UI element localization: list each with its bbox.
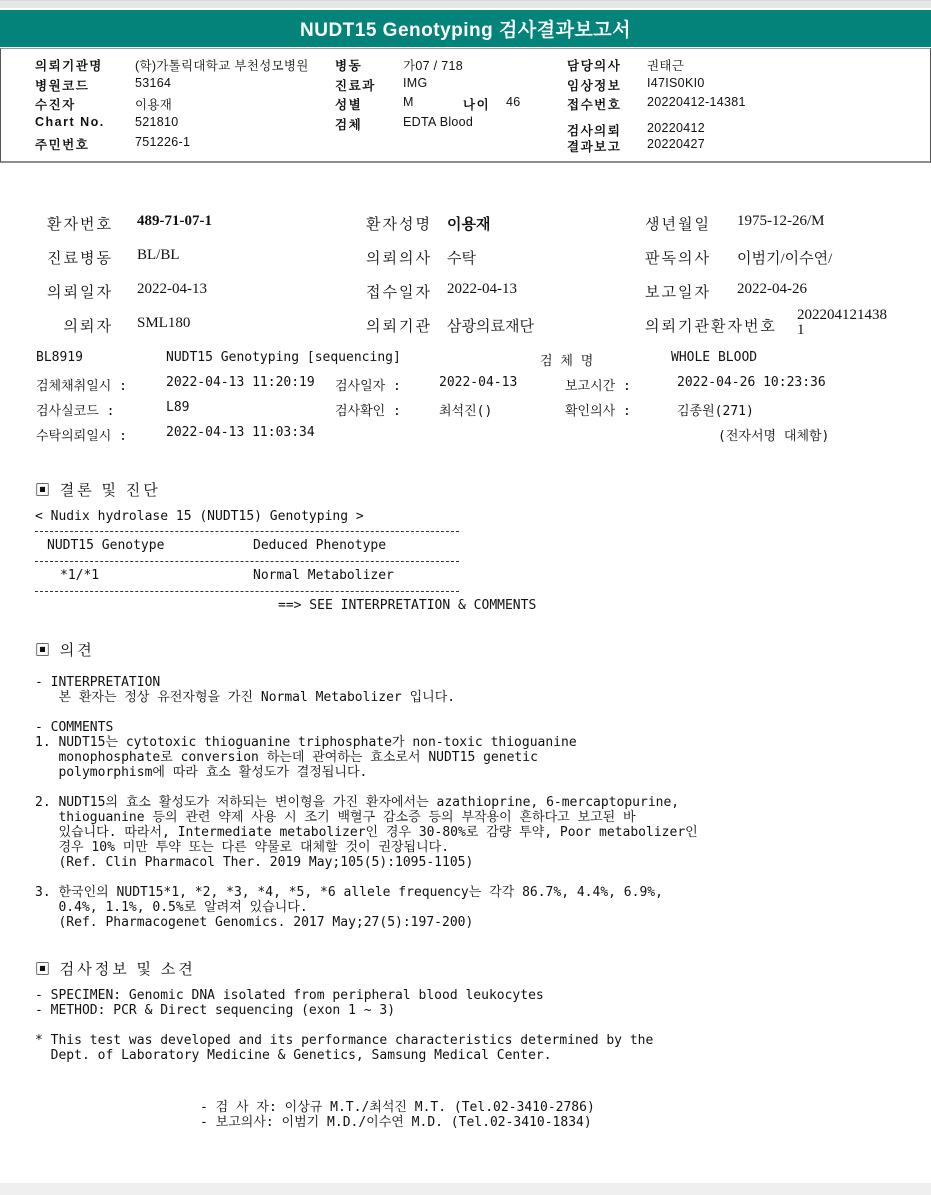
label-department: 진료과 (335, 76, 376, 94)
test-detail-section: BL8919 NUDT15 Genotyping [sequencing] 검 … (0, 346, 931, 446)
genotype-column-header: NUDT15 Genotype (47, 538, 164, 553)
label-result-report-date: 결과보고 (567, 137, 621, 155)
label-receipt-date: 접수일자 (366, 281, 432, 302)
lab-report-page: NUDT15 Genotyping 검사결과보고서 의뢰기관명 (학)가톨릭대학… (0, 0, 931, 1195)
value-care-ward: BL/BL (137, 247, 180, 264)
label-attending-doctor: 담당의사 (567, 56, 621, 74)
label-specimen-type: 검체 (335, 115, 362, 133)
label-report-time: 보고시간 : (565, 375, 631, 394)
label-chart-no: Chart No. (35, 115, 105, 129)
header-info-box: 의뢰기관명 (학)가톨릭대학교 부천성모병원 병원코드 53164 수진자 이용… (0, 48, 931, 163)
label-birth-date: 생년월일 (645, 213, 711, 234)
value-receipt-date: 2022-04-13 (447, 281, 517, 298)
value-specimen-name: WHOLE BLOOD (671, 350, 757, 365)
label-hospital-code: 병원코드 (35, 76, 89, 94)
electronic-signature-note: (전자서명 대체함) (718, 425, 829, 444)
label-test-confirm: 검사확인 : (335, 400, 401, 419)
value-confirming-doctor: 김종원(271) (677, 400, 754, 419)
label-requesting-org: 의뢰기관명 (35, 56, 103, 74)
value-specimen-type: EDTA Blood (403, 115, 473, 129)
value-clinical-info: I47IS0KI0 (647, 76, 705, 90)
test-info-heading-text: 검사정보 및 소견 (60, 962, 196, 978)
value-patient-name: 이용재 (447, 213, 490, 234)
test-detail-row-3: 검사실코드 : L89 검사확인 : 최석진() 확인의사 : 김종원(271) (0, 400, 931, 418)
genotype-value: *1/*1 (60, 568, 99, 583)
section-bullet-icon: ▣ (35, 643, 53, 659)
comment-1: 1. NUDT15는 cytotoxic thioguanine triphos… (35, 735, 577, 780)
value-department: IMG (403, 76, 428, 90)
value-age: 46 (506, 95, 521, 109)
label-report-date: 보고일자 (645, 281, 711, 302)
top-gray-strip (0, 0, 931, 8)
label-request-date: 의뢰일자 (35, 281, 113, 302)
value-requesting-org: (학)가톨릭대학교 부천성모병원 (135, 56, 309, 74)
value-ward: 가07 / 718 (403, 56, 463, 74)
patient-row-1: 환자번호 489-71-07-1 환자성명 이용재 생년월일 1975-12-2… (0, 213, 931, 235)
patient-row-2: 진료병동 BL/BL 의뢰의사 수탁 판독의사 이범기/이수연/ (0, 247, 931, 269)
label-patient-no: 환자번호 (35, 213, 113, 234)
label-collection-datetime: 검체채취일시 : (36, 375, 127, 394)
value-resident-no: 751226-1 (135, 135, 190, 149)
divider-dashed (35, 561, 459, 562)
see-comments-note: ==> SEE INTERPRETATION & COMMENTS (278, 598, 536, 613)
value-request-date: 2022-04-13 (137, 281, 207, 298)
test-name: NUDT15 Genotyping [sequencing] (166, 350, 401, 365)
phenotype-value: Normal Metabolizer (253, 568, 394, 583)
report-title-bar: NUDT15 Genotyping 검사결과보고서 (0, 10, 931, 47)
label-specimen-name: 검 체 명 (540, 350, 593, 369)
label-requester: 의뢰자 (35, 315, 113, 336)
label-lab-code: 검사실코드 : (36, 400, 114, 419)
test-info-heading: ▣ 검사정보 및 소견 (35, 958, 196, 979)
conclusion-section: ▣ 결론 및 진단 < Nudix hydrolase 15 (NUDT15) … (0, 475, 931, 640)
value-hospital-code: 53164 (135, 76, 171, 90)
value-test-request-date: 20220412 (647, 121, 705, 135)
value-chart-no: 521810 (135, 115, 179, 129)
value-receipt-no: 20220412-14381 (647, 95, 746, 109)
test-detail-row-4: 수탁의뢰일시 : 2022-04-13 11:03:34 (전자서명 대체함) (0, 425, 931, 443)
interpretation-text: 본 환자는 정상 유전자형을 가진 Normal Metabolizer 입니다… (35, 690, 455, 705)
label-examinee: 수진자 (35, 95, 76, 113)
label-confirming-doctor: 확인의사 : (565, 400, 631, 419)
value-examinee: 이용재 (135, 95, 172, 113)
test-detail-row-2: 검체채취일시 : 2022-04-13 11:20:19 검사일자 : 2022… (0, 375, 931, 393)
divider-dashed (35, 531, 459, 532)
label-resident-no: 주민번호 (35, 135, 89, 153)
opinion-heading: ▣ 의견 (35, 639, 95, 660)
value-lab-code: L89 (166, 400, 189, 415)
divider-dashed (35, 591, 459, 592)
opinion-heading-text: 의견 (60, 643, 95, 659)
label-receipt-no: 접수번호 (567, 95, 621, 113)
value-test-date: 2022-04-13 (439, 375, 517, 390)
report-title: NUDT15 Genotyping 검사결과보고서 (300, 15, 631, 42)
label-institution-patient-no: 의뢰기관환자번호 (645, 315, 777, 336)
value-attending-doctor: 권태근 (647, 56, 684, 74)
value-collection-datetime: 2022-04-13 11:20:19 (166, 375, 315, 390)
value-report-time: 2022-04-26 10:23:36 (677, 375, 826, 390)
label-referral-request-datetime: 수탁의뢰일시 : (36, 425, 127, 444)
specimen-method-lines: - SPECIMEN: Genomic DNA isolated from pe… (35, 988, 544, 1018)
test-development-note: * This test was developed and its perfor… (35, 1033, 653, 1063)
value-patient-no: 489-71-07-1 (137, 213, 212, 230)
value-requesting-institution: 삼광의료재단 (447, 315, 534, 336)
phenotype-column-header: Deduced Phenotype (253, 538, 386, 553)
comment-3: 3. 한국인의 NUDT15*1, *2, *3, *4, *5, *6 all… (35, 885, 663, 930)
section-bullet-icon: ▣ (35, 483, 53, 499)
interpretation-heading: - INTERPRETATION (35, 675, 160, 690)
label-care-ward: 진료병동 (35, 247, 113, 268)
test-code: BL8919 (36, 350, 83, 365)
value-requesting-doctor: 수탁 (447, 247, 476, 268)
comments-heading: - COMMENTS (35, 720, 113, 735)
label-requesting-doctor: 의뢰의사 (366, 247, 432, 268)
label-test-date: 검사일자 : (335, 375, 401, 394)
patient-row-3: 의뢰일자 2022-04-13 접수일자 2022-04-13 보고일자 202… (0, 281, 931, 303)
reporter-contact-line: - 보고의사: 이범기 M.D./이수연 M.D. (Tel.02-3410-1… (200, 1111, 592, 1130)
section-bullet-icon: ▣ (35, 962, 53, 978)
comment-2: 2. NUDT15의 효소 활성도가 저하되는 변이형을 가진 환자에서는 az… (35, 795, 698, 870)
patient-row-4: 의뢰자 SML180 의뢰기관 삼광의료재단 의뢰기관환자번호 20220412… (0, 315, 931, 337)
label-ward: 병동 (335, 56, 362, 74)
value-sex: M (403, 95, 414, 109)
conclusion-subtitle: < Nudix hydrolase 15 (NUDT15) Genotyping… (35, 509, 364, 524)
patient-info-section: 환자번호 489-71-07-1 환자성명 이용재 생년월일 1975-12-2… (0, 205, 931, 345)
label-requesting-institution: 의뢰기관 (366, 315, 432, 336)
conclusion-heading-text: 결론 및 진단 (60, 483, 161, 499)
value-result-report-date: 20220427 (647, 137, 705, 151)
value-birth-date: 1975-12-26/M (737, 213, 825, 230)
label-age: 나이 (463, 95, 490, 113)
label-sex: 성별 (335, 95, 362, 113)
value-reading-doctor: 이범기/이수연/ (737, 247, 832, 268)
value-institution-patient-no: 202204121438 1 (797, 308, 912, 338)
label-patient-name: 환자성명 (366, 213, 432, 234)
value-referral-request-datetime: 2022-04-13 11:03:34 (166, 425, 315, 440)
test-detail-row-1: BL8919 NUDT15 Genotyping [sequencing] 검 … (0, 350, 931, 368)
conclusion-heading: ▣ 결론 및 진단 (35, 479, 161, 500)
bottom-gray-strip (0, 1183, 931, 1195)
value-test-confirm: 최석진() (439, 400, 492, 419)
value-report-date: 2022-04-26 (737, 281, 807, 298)
label-reading-doctor: 판독의사 (645, 247, 711, 268)
label-clinical-info: 임상정보 (567, 76, 621, 94)
value-requester: SML180 (137, 315, 190, 332)
